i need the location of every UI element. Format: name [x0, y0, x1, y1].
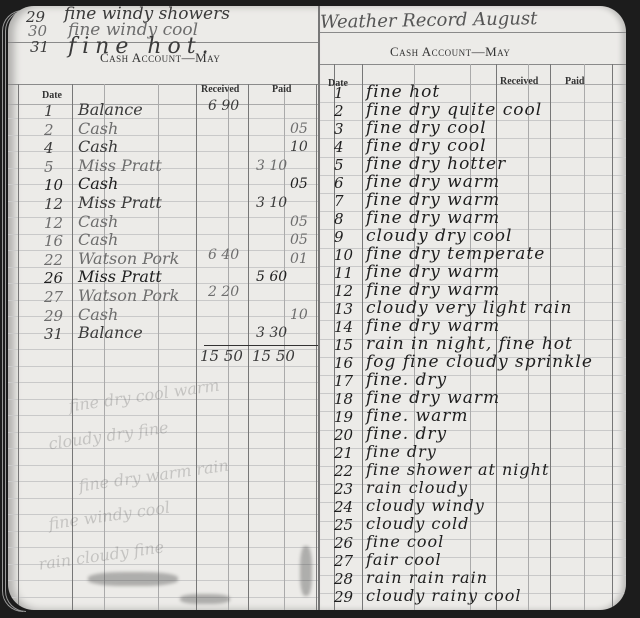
weather-text: cloudy windy — [366, 496, 485, 515]
ledger-paid: 01 — [290, 251, 308, 267]
ledger-item: Miss Pratt — [78, 156, 162, 175]
weather-text: rain rain rain — [366, 568, 488, 587]
ledger-item: Miss Pratt — [78, 267, 162, 286]
weather-text: fine dry warm — [366, 316, 500, 336]
weather-date: 9 — [334, 228, 344, 246]
printed-title: Cash Account—May — [390, 44, 510, 60]
ledger-received: 6 90 — [208, 98, 239, 114]
weather-text: cloudy dry cool — [366, 226, 512, 246]
weather-date: 11 — [334, 264, 353, 282]
ledger-date: 2 — [44, 121, 54, 139]
ledger-paid: 05 — [290, 176, 308, 192]
ledger-paid: 5 60 — [256, 269, 287, 285]
weather-text: fine shower at night — [366, 460, 549, 479]
weather-text: rain cloudy — [366, 478, 468, 497]
weather-date: 22 — [334, 462, 353, 480]
ledger-paid: 3 30 — [256, 325, 287, 341]
right-margin-rule — [612, 64, 613, 610]
weather-date: 26 — [334, 534, 353, 552]
ink-stain — [88, 572, 178, 586]
ruled-line — [8, 366, 320, 367]
weather-text: fine dry warm — [366, 388, 500, 408]
weather-text: fine dry warm — [366, 208, 500, 228]
weather-date: 10 — [334, 246, 353, 264]
bleed-through-text: fine dry warm rain — [77, 456, 229, 496]
weather-date: 21 — [334, 444, 353, 462]
weather-text: fine dry warm — [366, 172, 500, 192]
overwrite-text: fine hot. — [68, 34, 215, 59]
ledger-date: 5 — [44, 158, 54, 176]
weather-date: 12 — [334, 282, 353, 300]
left-page: Cash Account—May Date Received Paid 29 f… — [8, 6, 320, 610]
paid-column-rule — [248, 84, 249, 610]
weather-text: fine dry warm — [366, 262, 500, 282]
weather-text: fine cool — [366, 532, 444, 551]
weather-text: fine dry temperate — [366, 244, 545, 264]
weather-text: cloudy rainy cool — [366, 586, 521, 605]
ledger-paid: 3 10 — [256, 195, 287, 211]
column-header-paid: Paid — [272, 84, 291, 95]
ledger-item: Watson Pork — [78, 286, 179, 305]
header-rule — [320, 64, 626, 65]
ledger-item: Cash — [78, 230, 118, 249]
ledger-date: 29 — [44, 307, 63, 325]
ledger-received: 2 20 — [208, 284, 239, 300]
weather-date: 28 — [334, 570, 353, 588]
weather-date: 2 — [334, 102, 344, 120]
weather-date: 14 — [334, 318, 353, 336]
ledger-paid: 05 — [290, 214, 308, 230]
weather-text: fine dry cool — [366, 136, 487, 156]
weather-text: fine. dry — [366, 424, 447, 444]
weather-text: fine dry hotter — [366, 154, 506, 174]
weather-date: 4 — [334, 138, 344, 156]
total-rule — [204, 345, 320, 346]
ruled-line — [8, 597, 320, 598]
column-header-paid: Paid — [565, 76, 584, 87]
margin-rule — [18, 84, 19, 610]
weather-text: fine dry cool — [366, 118, 487, 138]
weather-date: 17 — [334, 372, 353, 390]
ledger-date: 12 — [44, 214, 63, 232]
ledger-date: 16 — [44, 232, 63, 250]
weather-text: fine. warm — [366, 406, 468, 426]
ledger-date: 12 — [44, 195, 63, 213]
ledger-item: Cash — [78, 119, 118, 138]
weather-date: 5 — [334, 156, 344, 174]
weather-date: 29 — [334, 588, 353, 606]
right-page: Weather Record August Cash Account—May D… — [320, 6, 626, 610]
ledger-paid: 05 — [290, 232, 308, 248]
ledger-date: 26 — [44, 269, 63, 287]
total-received: 15 50 — [200, 347, 243, 365]
column-header-received: Received — [500, 76, 538, 87]
ink-stain — [180, 594, 230, 604]
weather-date: 8 — [334, 210, 344, 228]
ledger-item: Watson Pork — [78, 249, 179, 268]
handwritten-title: Weather Record August — [320, 8, 538, 33]
weather-date: 13 — [334, 300, 353, 318]
ledger-book: Cash Account—May Date Received Paid 29 f… — [0, 0, 640, 618]
weather-text: fine hot — [366, 82, 440, 102]
weather-text: cloudy very light rain — [366, 298, 572, 318]
ledger-date: 22 — [44, 251, 63, 269]
ledger-received: 6 40 — [208, 247, 239, 263]
ruled-line — [8, 135, 320, 136]
weather-date: 6 — [334, 174, 344, 192]
header-rule — [320, 32, 626, 33]
weather-date: 23 — [334, 480, 353, 498]
ruled-line — [8, 118, 320, 119]
weather-date: 27 — [334, 552, 353, 570]
weather-date: 7 — [334, 192, 344, 210]
received-column-rule — [196, 84, 197, 610]
weather-date: 1 — [334, 84, 344, 102]
ledger-paid: 05 — [290, 121, 308, 137]
weather-text: fine dry warm — [366, 190, 500, 210]
weather-text: fog fine cloudy sprinkle — [366, 352, 593, 372]
ink-stain — [300, 546, 312, 596]
ruled-line — [8, 151, 320, 152]
weather-date: 15 — [334, 336, 353, 354]
ledger-date: 4 — [44, 139, 54, 157]
ledger-paid: 10 — [290, 307, 308, 323]
ledger-item: Balance — [78, 323, 143, 342]
weather-date: 20 — [334, 426, 353, 444]
header-rule — [8, 104, 320, 105]
ledger-paid: 3 10 — [256, 158, 287, 174]
column-header-received: Received — [201, 84, 239, 95]
bleed-through-text: rain cloudy fine — [37, 537, 165, 573]
weather-date: 16 — [334, 354, 353, 372]
weather-text: fair cool — [366, 550, 442, 569]
ledger-item: Cash — [78, 212, 118, 231]
ledger-item: Cash — [78, 174, 118, 193]
ledger-date: 27 — [44, 288, 63, 306]
weather-text: fine. dry — [366, 370, 447, 390]
ledger-item: Miss Pratt — [78, 193, 162, 212]
weather-text: fine dry quite cool — [366, 100, 542, 120]
ledger-item: Balance — [78, 100, 143, 119]
paid-cents-rule — [584, 64, 585, 610]
weather-date: 3 — [334, 120, 344, 138]
right-margin-rule — [316, 84, 317, 610]
bleed-through-text: fine windy cool — [47, 498, 171, 534]
ruled-line — [8, 415, 320, 416]
weather-text: fine dry — [366, 442, 437, 461]
weather-date: 25 — [334, 516, 353, 534]
weather-text: fine dry warm — [366, 280, 500, 300]
column-header-date: Date — [42, 90, 62, 101]
weather-date: 24 — [334, 498, 353, 516]
total-paid: 15 50 — [252, 347, 295, 365]
ledger-paid: 10 — [290, 139, 308, 155]
entry-column-rule — [362, 64, 363, 610]
ledger-item: Cash — [78, 305, 118, 324]
ledger-item: Cash — [78, 137, 118, 156]
ledger-date: 1 — [44, 102, 54, 120]
weather-text: rain in night, fine hot — [366, 334, 573, 354]
weather-text: cloudy cold — [366, 514, 469, 533]
date-column-rule — [72, 84, 73, 610]
weather-date: 18 — [334, 390, 353, 408]
weather-date: 19 — [334, 408, 353, 426]
ledger-date: 31 — [44, 325, 63, 343]
overwrite-date: 31 — [30, 38, 49, 56]
ledger-date: 10 — [44, 176, 63, 194]
